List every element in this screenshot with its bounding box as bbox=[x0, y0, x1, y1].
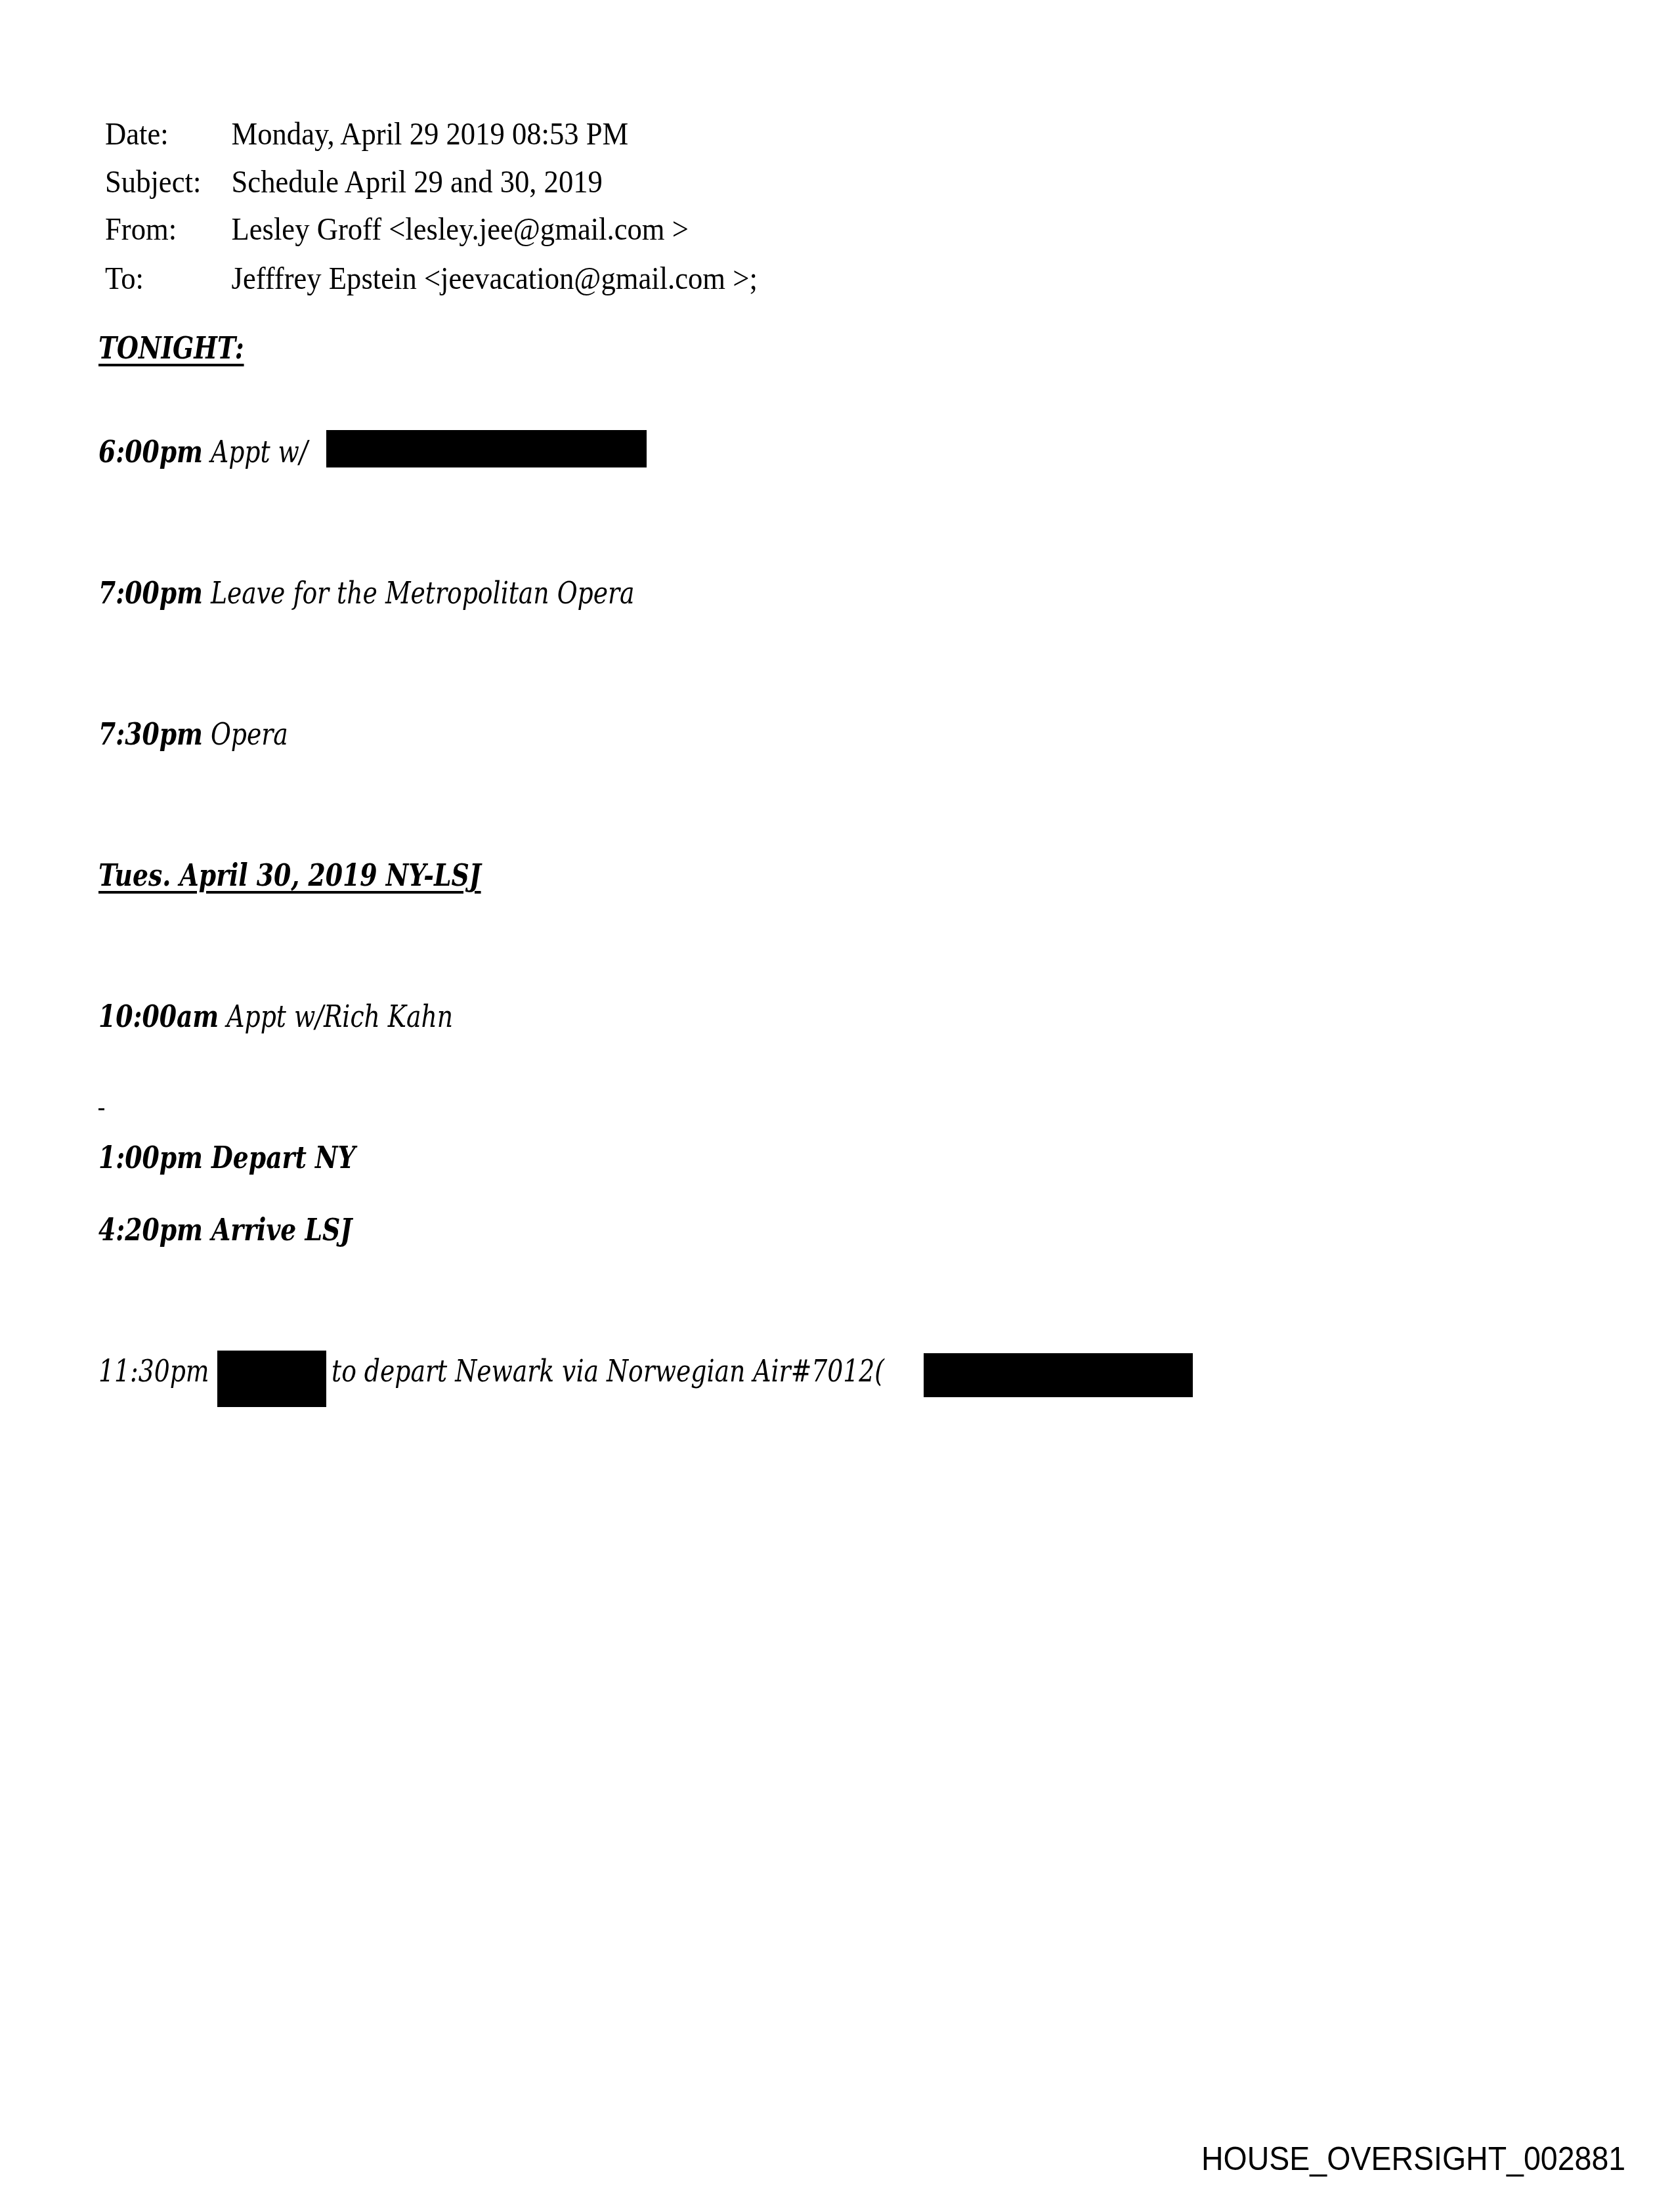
schedule-item-6pm: 6:00pm Appt w/ bbox=[98, 432, 308, 471]
header-date-value: Monday, April 29 2019 08:53 PM bbox=[232, 117, 629, 152]
bates-number: HOUSE_OVERSIGHT_002881 bbox=[1201, 2139, 1625, 2179]
schedule-time: 11:30pm bbox=[98, 1353, 209, 1389]
header-from-value: Lesley Groff <lesley.jee@gmail.com > bbox=[232, 212, 689, 247]
header-to-row: To:Jefffrey Epstein <jeevacation@gmail.c… bbox=[105, 259, 758, 299]
header-from-label: From: bbox=[105, 210, 232, 249]
schedule-text: Opera bbox=[211, 716, 288, 752]
redaction-box bbox=[217, 1351, 326, 1407]
schedule-item-10am: 10:00am Appt w/Rich Kahn bbox=[98, 997, 453, 1036]
header-to-label: To: bbox=[105, 259, 232, 299]
schedule-text: Appt w/Rich Kahn bbox=[226, 999, 453, 1034]
tonight-heading: TONIGHT: bbox=[98, 328, 244, 368]
schedule-item-730pm: 7:30pm Opera bbox=[98, 714, 288, 754]
schedule-item-7pm: 7:00pm Leave for the Metropolitan Opera bbox=[98, 573, 635, 613]
header-subject-value: Schedule April 29 and 30, 2019 bbox=[232, 165, 603, 200]
schedule-text: Appt w/ bbox=[211, 434, 308, 469]
schedule-text: Leave for the Metropolitan Opera bbox=[211, 575, 635, 611]
schedule-text: Depart NY bbox=[211, 1140, 355, 1175]
schedule-time: 1:00pm bbox=[98, 1140, 203, 1175]
redaction-box bbox=[924, 1353, 1193, 1397]
redaction-box bbox=[326, 430, 647, 467]
header-subject-label: Subject: bbox=[105, 163, 232, 202]
header-date-label: Date: bbox=[105, 115, 232, 154]
schedule-item-1130pm: 11:30pm bbox=[98, 1351, 209, 1391]
schedule-text-1130pm: to depart Newark via Norwegian Air#7012( bbox=[332, 1351, 884, 1391]
tuesday-heading: Tues. April 30, 2019 NY-LSJ bbox=[98, 856, 481, 895]
header-date-row: Date:Monday, April 29 2019 08:53 PM bbox=[105, 115, 628, 154]
header-to-value: Jefffrey Epstein <jeevacation@gmail.com … bbox=[232, 261, 758, 296]
schedule-time: 10:00am bbox=[98, 999, 219, 1034]
header-from-row: From:Lesley Groff <lesley.jee@gmail.com … bbox=[105, 210, 689, 249]
separator-dash bbox=[98, 1108, 104, 1110]
schedule-text: Arrive LSJ bbox=[211, 1212, 352, 1247]
schedule-time: 4:20pm bbox=[98, 1212, 203, 1247]
schedule-time: 6:00pm bbox=[98, 434, 203, 469]
schedule-item-420pm: 4:20pm Arrive LSJ bbox=[98, 1210, 352, 1249]
schedule-item-1pm: 1:00pm Depart NY bbox=[98, 1138, 355, 1177]
schedule-time: 7:30pm bbox=[98, 716, 203, 752]
header-subject-row: Subject:Schedule April 29 and 30, 2019 bbox=[105, 163, 603, 202]
schedule-time: 7:00pm bbox=[98, 575, 203, 611]
